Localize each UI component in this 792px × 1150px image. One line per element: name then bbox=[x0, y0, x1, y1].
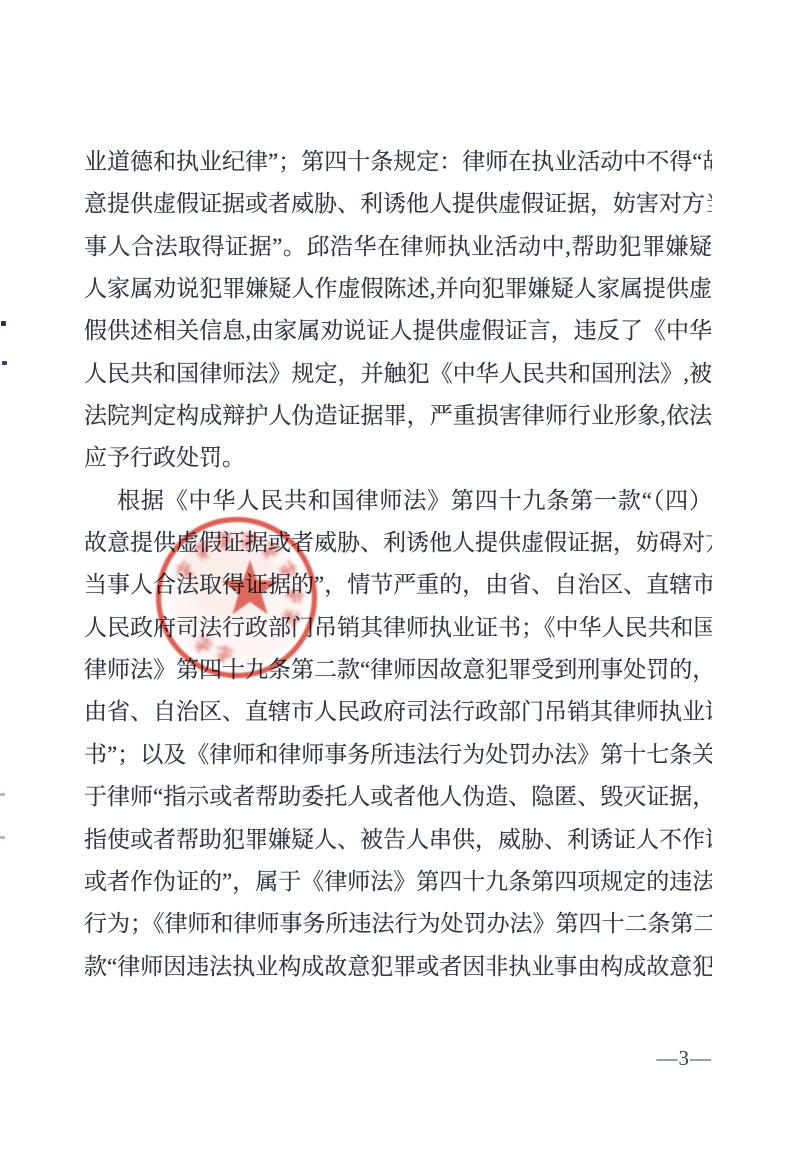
text-line: 故意提供虚假证据或者威胁、利诱他人提供虚假证据，妨碍对方 bbox=[84, 522, 712, 564]
text-line: 款“律师因违法执业构成故意犯罪或者因非执业事由构成故意犯 bbox=[84, 946, 712, 988]
text-line: 假供述相关信息,由家属劝说证人提供虚假证言，违反了《中华 bbox=[84, 310, 712, 352]
text-line: 由省、自治区、直辖市人民政府司法行政部门吊销其律师执业证 bbox=[84, 691, 712, 733]
text-line-paragraph-start: 根据《中华人民共和国律师法》第四十九条第一款“（四） bbox=[84, 480, 712, 522]
text-line: 或者作伪证的”，属于《律师法》第四十九条第四项规定的违法 bbox=[84, 861, 712, 903]
document-page: 业道德和执业纪律”；第四十条规定：律师在执业活动中不得“故 意提供虚假证据或者威… bbox=[0, 0, 792, 1150]
text-line: 于律师“指示或者帮助委托人或者他人伪造、隐匿、毁灭证据， bbox=[84, 776, 712, 818]
text-line: 事人合法取得证据”。邱浩华在律师执业活动中,帮助犯罪嫌疑 bbox=[84, 226, 712, 268]
text-line: 业道德和执业纪律”；第四十条规定：律师在执业活动中不得“故 bbox=[84, 141, 712, 183]
text-line: 指使或者帮助犯罪嫌疑人、被告人串供，威胁、利诱证人不作证 bbox=[84, 819, 712, 861]
scan-speck bbox=[2, 361, 7, 365]
document-body-text: 业道德和执业纪律”；第四十条规定：律师在执业活动中不得“故 意提供虚假证据或者威… bbox=[84, 141, 712, 988]
text-line: 人民共和国律师法》规定，并触犯《中华人民共和国刑法》,被 bbox=[84, 353, 712, 395]
text-line: 人家属劝说犯罪嫌疑人作虚假陈述,并向犯罪嫌疑人家属提供虚 bbox=[84, 268, 712, 310]
text-line: 律师法》第四十九条第二款“律师因故意犯罪受到刑事处罚的， bbox=[84, 649, 712, 691]
text-line-paragraph-end: 应予行政处罚。 bbox=[84, 437, 712, 479]
text-line: 行为；《律师和律师事务所违法行为处罚办法》第四十二条第二 bbox=[84, 903, 712, 945]
scan-speck bbox=[1, 321, 6, 326]
text-line: 当事人合法取得证据的”，情节严重的，由省、自治区、直辖市 bbox=[84, 564, 712, 606]
text-line: 意提供虚假证据或者威胁、利诱他人提供虚假证据，妨害对方当 bbox=[84, 183, 712, 225]
scan-speck bbox=[0, 836, 5, 839]
scan-speck bbox=[0, 793, 5, 796]
page-number: —3— bbox=[612, 1046, 712, 1071]
text-line: 书”；以及《律师和律师事务所违法行为处罚办法》第十七条关 bbox=[84, 734, 712, 776]
text-line: 法院判定构成辩护人伪造证据罪，严重损害律师行业形象,依法 bbox=[84, 395, 712, 437]
text-line: 人民政府司法行政部门吊销其律师执业证书；《中华人民共和国 bbox=[84, 607, 712, 649]
